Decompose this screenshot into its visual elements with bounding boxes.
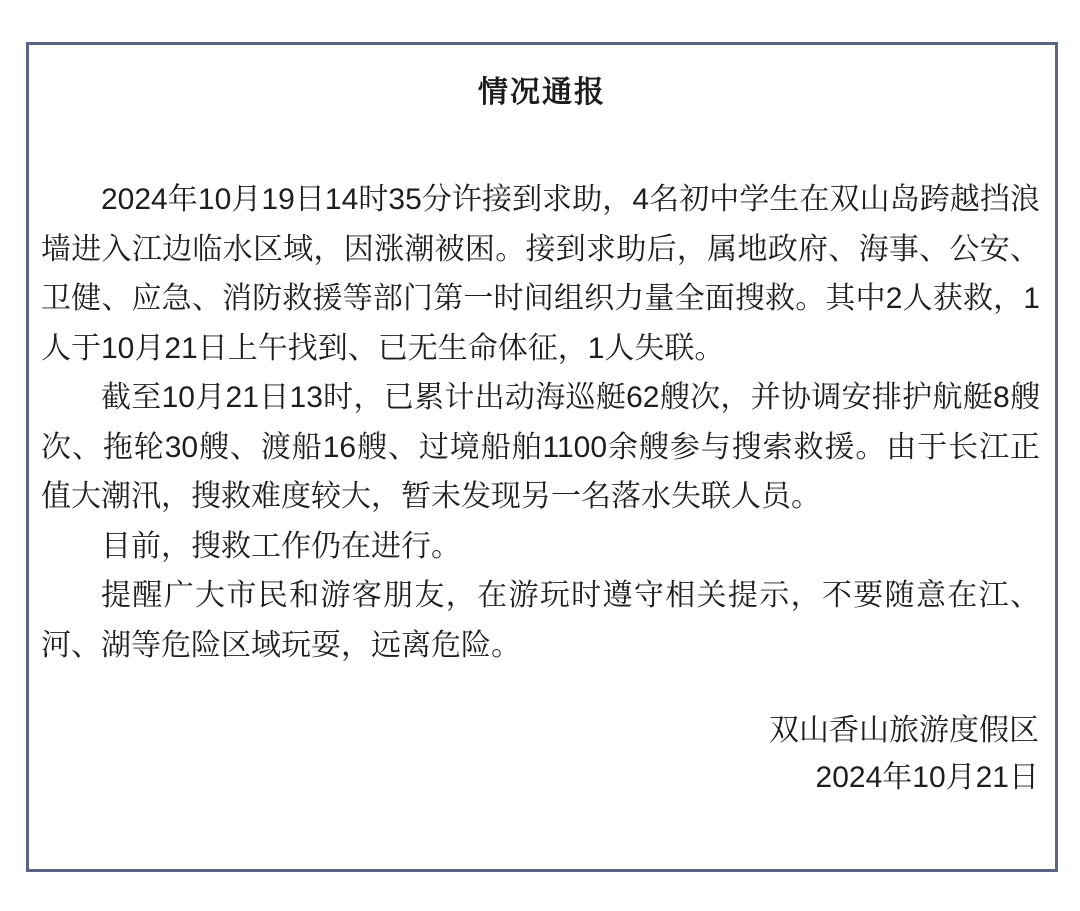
notice-title: 情况通报 — [29, 68, 1055, 117]
notice-page: 情况通报 2024年10月19日14时35分许接到求助，4名初中学生在双山岛跨越… — [0, 0, 1080, 911]
notice-border-frame: 情况通报 2024年10月19日14时35分许接到求助，4名初中学生在双山岛跨越… — [26, 42, 1058, 872]
issuing-authority: 双山香山旅游度假区 — [29, 707, 1039, 754]
notice-paragraph-rescue-effort: 截至10月21日13时，已累计出动海巡艇62艘次，并协调安排护航艇8艘次、拖轮3… — [41, 373, 1040, 522]
issue-date: 2024年10月21日 — [29, 754, 1039, 801]
notice-paragraph-incident: 2024年10月19日14时35分许接到求助，4名初中学生在双山岛跨越挡浪墙进入… — [41, 175, 1040, 373]
notice-body: 2024年10月19日14时35分许接到求助，4名初中学生在双山岛跨越挡浪墙进入… — [29, 175, 1055, 670]
notice-paragraph-warning: 提醒广大市民和游客朋友，在游玩时遵守相关提示，不要随意在江、河、湖等危险区域玩耍… — [41, 571, 1040, 670]
signature-block: 双山香山旅游度假区 2024年10月21日 — [29, 707, 1055, 801]
notice-paragraph-status: 目前，搜救工作仍在进行。 — [41, 522, 1040, 572]
